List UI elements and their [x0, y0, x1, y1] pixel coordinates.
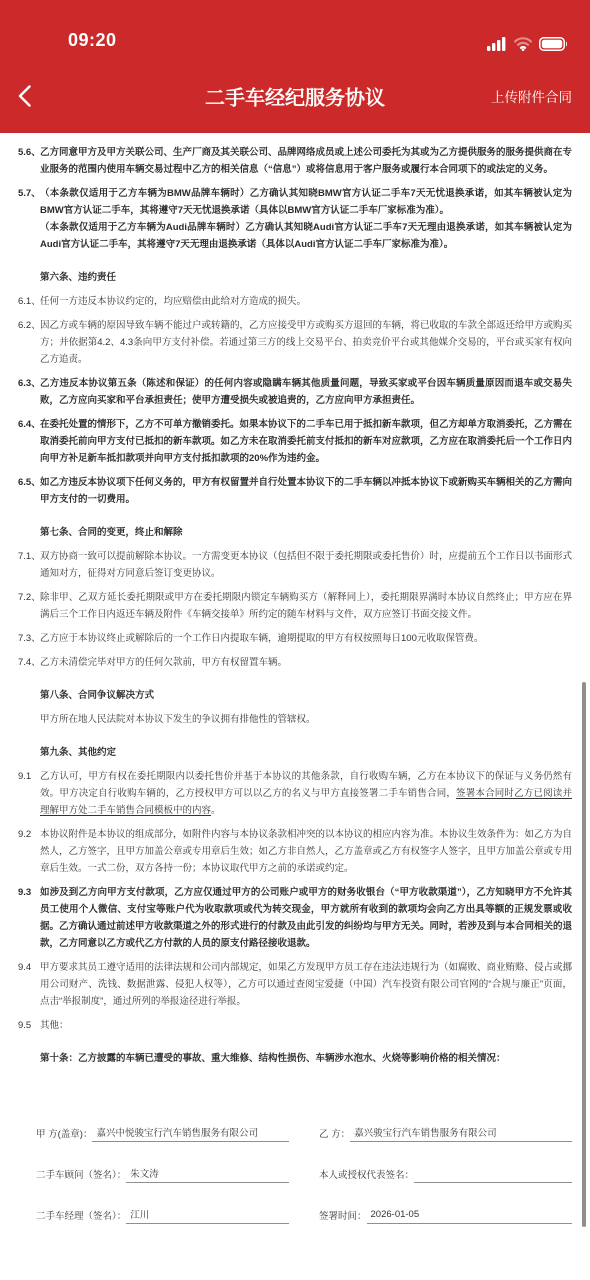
clause-number: 6.4、: [18, 416, 40, 467]
representative-signature-value[interactable]: [414, 1168, 572, 1183]
status-bar: 09:20: [0, 0, 590, 58]
scrollbar-thumb[interactable]: [582, 682, 586, 1227]
party-b-value: 嘉兴骏宝行汽车销售服务有限公司: [350, 1125, 572, 1142]
representative-signature-label: 本人或授权代表签名：: [319, 1167, 414, 1183]
section-heading: 第十条：乙方披露的车辆已遭受的事故、重大维修、结构性损伤、车辆涉水泡水、火烧等影…: [18, 1050, 572, 1067]
contract-clause: 6.2、因乙方或车辆的原因导致车辆不能过户或转籍的，乙方应接受甲方或购买方退回的…: [18, 317, 572, 368]
contract-clause: 9.5其他：: [18, 1017, 572, 1034]
chevron-left-icon: [18, 85, 31, 107]
clause-number: 9.1: [18, 768, 40, 819]
consultant-signature-value: 朱文涛: [126, 1166, 289, 1183]
manager-signature-label: 二手车经理（签名）：: [36, 1208, 126, 1224]
section-heading: 第九条、其他约定: [18, 744, 572, 761]
party-b-field: 乙 方： 嘉兴骏宝行汽车销售服务有限公司: [319, 1125, 572, 1142]
clause-number: 6.2、: [18, 317, 40, 368]
contract-paragraph: 甲方所在地人民法院对本协议下发生的争议拥有排他性的管辖权。: [18, 711, 572, 728]
clause-text: 在委托处置的情形下，乙方不可单方撤销委托。如果本协议下的二手车已用于抵扣新车款项…: [40, 416, 572, 467]
clause-text: 乙方应于本协议终止或解除后的一个工作日内提取车辆，逾期提取的甲方有权按照每日10…: [40, 630, 572, 647]
party-a-label: 甲 方(盖章)：: [36, 1126, 92, 1142]
nav-bar: 二手车经纪服务协议 上传附件合同: [0, 58, 590, 133]
party-b-label: 乙 方：: [319, 1126, 350, 1142]
representative-signature-field[interactable]: 本人或授权代表签名：: [319, 1166, 572, 1183]
clause-text: 乙方认可，甲方有权在委托期限内以委托售价并基于本协议的其他条款，自行收购车辆，乙…: [40, 768, 572, 819]
clause-text: 除非甲、乙双方延长委托期限或甲方在委托期限内锁定车辆购买方（解释同上），委托期限…: [40, 589, 572, 623]
contract-clause: 6.3、乙方违反本协议第五条（陈述和保证）的任何内容或隐瞒车辆其他质量问题，导致…: [18, 375, 572, 409]
manager-signature-field: 二手车经理（签名）： 江川: [36, 1207, 289, 1224]
clause-number: 6.5、: [18, 474, 40, 508]
clause-text: （本条款仅适用于乙方车辆为BMW品牌车辆时）乙方确认其知晓BMW官方认证二手车7…: [40, 185, 572, 253]
contract-clause: 9.3如涉及到乙方向甲方支付款项，乙方应仅通过甲方的公司账户或甲方的财务收银台（…: [18, 884, 572, 952]
clause-text: 如涉及到乙方向甲方支付款项，乙方应仅通过甲方的公司账户或甲方的财务收银台（“甲方…: [40, 884, 572, 952]
underlined-clause-text: 签署本合同时乙方已阅读并理解甲方处二手车销售合同模板中的内容: [40, 788, 572, 816]
back-button[interactable]: [18, 83, 44, 109]
contract-clause: 9.2本协议附件是本协议的组成部分，如附件内容与本协议条款相冲突的以本协议的相应…: [18, 826, 572, 877]
signing-date-label: 签署时间：: [319, 1208, 367, 1224]
contract-clause: 7.4、乙方未清偿完毕对甲方的任何欠款前，甲方有权留置车辆。: [18, 654, 572, 671]
party-a-field: 甲 方(盖章)： 嘉兴中悦骏宝行汽车销售服务有限公司: [36, 1125, 289, 1142]
clause-number: 9.3: [18, 884, 40, 952]
clause-number: 9.4: [18, 959, 40, 1010]
clause-text: 乙方违反本协议第五条（陈述和保证）的任何内容或隐瞒车辆其他质量问题，导致买家或平…: [40, 375, 572, 409]
upload-attachment-contract-button[interactable]: 上传附件合同: [491, 86, 572, 106]
clause-text: 因乙方或车辆的原因导致车辆不能过户或转籍的，乙方应接受甲方或购买方退回的车辆，将…: [40, 317, 572, 368]
consultant-signature-label: 二手车顾问（签名）：: [36, 1167, 126, 1183]
clause-number: 7.1、: [18, 548, 40, 582]
contract-clause: 6.4、在委托处置的情形下，乙方不可单方撤销委托。如果本协议下的二手车已用于抵扣…: [18, 416, 572, 467]
status-time: 09:20: [68, 30, 117, 51]
clause-number: 5.6、: [18, 144, 40, 178]
clause-text: 甲方要求其员工遵守适用的法律法规和公司内部规定，如果乙方发现甲方员工存在违法违规…: [40, 959, 572, 1010]
signature-section: 甲 方(盖章)： 嘉兴中悦骏宝行汽车销售服务有限公司 乙 方： 嘉兴骏宝行汽车销…: [36, 1125, 572, 1224]
clause-text: 其他：: [40, 1017, 572, 1034]
clause-number: 9.2: [18, 826, 40, 877]
clause-number: 7.3、: [18, 630, 40, 647]
status-icons: [487, 37, 568, 51]
signing-date-field: 签署时间： 2026-01-05: [319, 1207, 572, 1224]
clause-text: 任何一方违反本协议约定的，均应赔偿由此给对方造成的损失。: [40, 293, 572, 310]
clause-number: 5.7、: [18, 185, 40, 253]
contract-clause: 5.6、乙方同意甲方及甲方关联公司、生产厂商及其关联公司、品牌网络成员或上述公司…: [18, 144, 572, 178]
clause-text: 本协议附件是本协议的组成部分，如附件内容与本协议条款相冲突的以本协议的相应内容为…: [40, 826, 572, 877]
contract-clause: 6.5、如乙方违反本协议项下任何义务的，甲方有权留置并自行处置本协议下的二手车辆…: [18, 474, 572, 508]
signing-date-value: 2026-01-05: [367, 1209, 572, 1224]
contract-clause: 6.1、任何一方违反本协议约定的，均应赔偿由此给对方造成的损失。: [18, 293, 572, 310]
clause-text: 乙方同意甲方及甲方关联公司、生产厂商及其关联公司、品牌网络成员或上述公司委托为其…: [40, 144, 572, 178]
contract-body: 5.6、乙方同意甲方及甲方关联公司、生产厂商及其关联公司、品牌网络成员或上述公司…: [0, 133, 590, 1067]
clause-text: 乙方未清偿完毕对甲方的任何欠款前，甲方有权留置车辆。: [40, 654, 572, 671]
cellular-signal-icon: [487, 37, 507, 51]
party-a-value: 嘉兴中悦骏宝行汽车销售服务有限公司: [92, 1125, 289, 1142]
contract-clause: 7.3、乙方应于本协议终止或解除后的一个工作日内提取车辆，逾期提取的甲方有权按照…: [18, 630, 572, 647]
wifi-icon: [514, 37, 532, 51]
clause-number: 6.3、: [18, 375, 40, 409]
clause-number: 7.4、: [18, 654, 40, 671]
contract-clause: 7.2、除非甲、乙双方延长委托期限或甲方在委托期限内锁定车辆购买方（解释同上），…: [18, 589, 572, 623]
contract-clause: 9.1乙方认可，甲方有权在委托期限内以委托售价并基于本协议的其他条款，自行收购车…: [18, 768, 572, 819]
contract-clause: 5.7、（本条款仅适用于乙方车辆为BMW品牌车辆时）乙方确认其知晓BMW官方认证…: [18, 185, 572, 253]
app-header: 09:20: [0, 0, 590, 133]
consultant-signature-field: 二手车顾问（签名）： 朱文涛: [36, 1166, 289, 1183]
clause-number: 9.5: [18, 1017, 40, 1034]
contract-clause: 9.4甲方要求其员工遵守适用的法律法规和公司内部规定，如果乙方发现甲方员工存在违…: [18, 959, 572, 1010]
battery-icon: [539, 37, 568, 51]
section-heading: 第八条、合同争议解决方式: [18, 687, 572, 704]
manager-signature-value: 江川: [126, 1207, 289, 1224]
clause-number: 7.2、: [18, 589, 40, 623]
clause-text: 双方协商一致可以提前解除本协议。一方需变更本协议（包括但不限于委托期限或委托售价…: [40, 548, 572, 582]
section-heading: 第七条、合同的变更，终止和解除: [18, 524, 572, 541]
section-heading: 第六条、违约责任: [18, 269, 572, 286]
clause-text: 如乙方违反本协议项下任何义务的，甲方有权留置并自行处置本协议下的二手车辆以冲抵本…: [40, 474, 572, 508]
clause-number: 6.1、: [18, 293, 40, 310]
page-title: 二手车经纪服务协议: [205, 81, 385, 110]
contract-clause: 7.1、双方协商一致可以提前解除本协议。一方需变更本协议（包括但不限于委托期限或…: [18, 548, 572, 582]
